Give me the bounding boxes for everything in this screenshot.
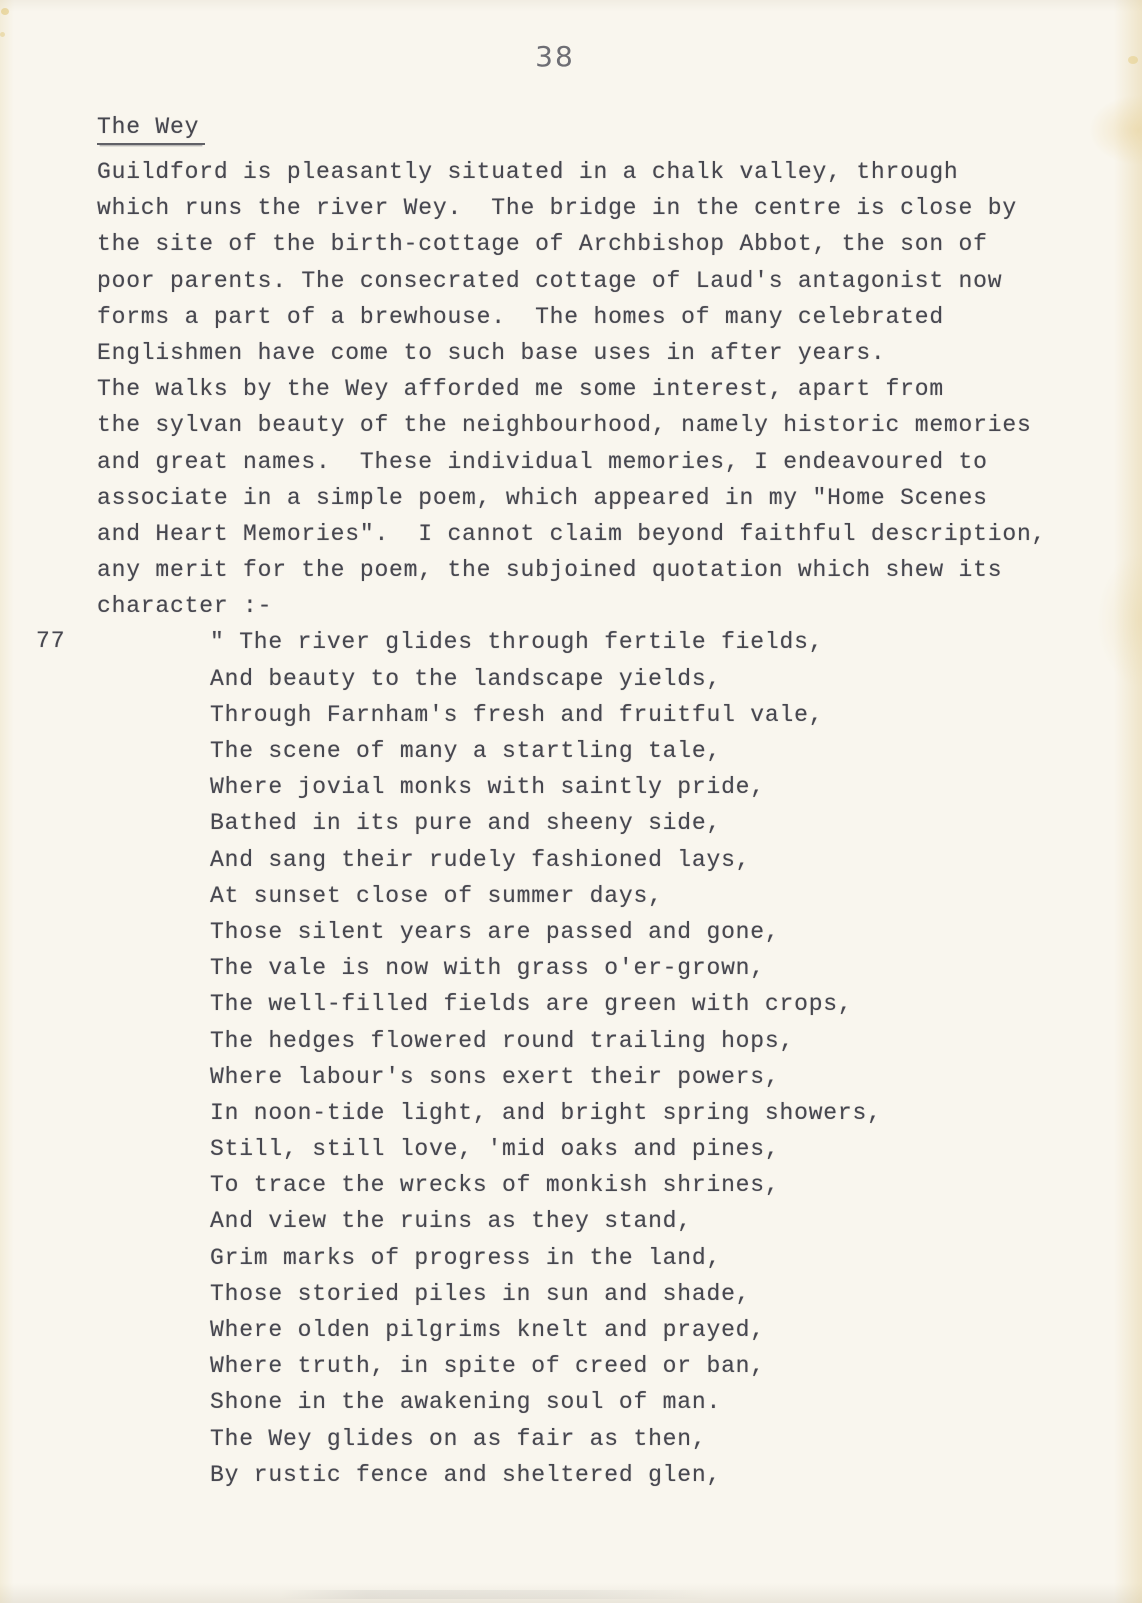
text-line: The walks by the Wey afforded me some in…	[97, 371, 1077, 407]
poem-line: Bathed in its pure and sheeny side,	[210, 805, 1077, 841]
poem-line: Where truth, in spite of creed or ban,	[210, 1348, 1077, 1384]
paragraph-1: Guildford is pleasantly situated in a ch…	[97, 154, 1077, 371]
text-line: the sylvan beauty of the neighbourhood, …	[97, 407, 1077, 443]
scanned-document-page: 38 77 The Wey Guildford is pleasantly si…	[0, 0, 1142, 1603]
poem-line: To trace the wrecks of monkish shrines,	[210, 1167, 1077, 1203]
poem-line: In noon-tide light, and bright spring sh…	[210, 1095, 1077, 1131]
text-line: associate in a simple poem, which appear…	[97, 480, 1077, 516]
text-line: which runs the river Wey. The bridge in …	[97, 190, 1077, 226]
poem-line: By rustic fence and sheltered glen,	[210, 1457, 1077, 1493]
scan-artifact	[1128, 56, 1138, 64]
text-line: and great names. These individual memori…	[97, 444, 1077, 480]
text-line: Englishmen have come to such base uses i…	[97, 335, 1077, 371]
margin-note: 77	[36, 628, 66, 654]
poem-line: Still, still love, 'mid oaks and pines,	[210, 1131, 1077, 1167]
poem-line: The hedges flowered round trailing hops,	[210, 1023, 1077, 1059]
poem-line: " The river glides through fertile field…	[210, 624, 1077, 660]
poem-line: At sunset close of summer days,	[210, 878, 1077, 914]
poem-line: The scene of many a startling tale,	[210, 733, 1077, 769]
scan-artifact	[1, 8, 9, 15]
paragraph-2: The walks by the Wey afforded me some in…	[97, 371, 1077, 624]
text-line: Guildford is pleasantly situated in a ch…	[97, 154, 1077, 190]
poem-line: Where labour's sons exert their powers,	[210, 1059, 1077, 1095]
poem-line: Shone in the awakening soul of man.	[210, 1384, 1077, 1420]
text-line: any merit for the poem, the subjoined qu…	[97, 552, 1077, 588]
text-line: forms a part of a brewhouse. The homes o…	[97, 299, 1077, 335]
text-line: character :-	[97, 588, 1077, 624]
poem-line: Where jovial monks with saintly pride,	[210, 769, 1077, 805]
poem-line: Those storied piles in sun and shade,	[210, 1276, 1077, 1312]
page-content: The Wey Guildford is pleasantly situated…	[97, 114, 1077, 1493]
page-number: 38	[500, 40, 610, 73]
poem-line: And beauty to the landscape yields,	[210, 661, 1077, 697]
poem-line: Grim marks of progress in the land,	[210, 1240, 1077, 1276]
heading-row: The Wey	[97, 114, 1077, 154]
poem-line: Those silent years are passed and gone,	[210, 914, 1077, 950]
poem-line: The Wey glides on as fair as then,	[210, 1421, 1077, 1457]
poem-block: " The river glides through fertile field…	[97, 624, 1077, 1493]
text-line: and Heart Memories". I cannot claim beyo…	[97, 516, 1077, 552]
poem-line: The well-filled fields are green with cr…	[210, 986, 1077, 1022]
poem-line: The vale is now with grass o'er-grown,	[210, 950, 1077, 986]
poem-line: And view the ruins as they stand,	[210, 1203, 1077, 1239]
poem-line: And sang their rudely fashioned lays,	[210, 842, 1077, 878]
poem-line: Through Farnham's fresh and fruitful val…	[210, 697, 1077, 733]
section-heading: The Wey	[97, 114, 205, 145]
scan-artifact	[0, 32, 5, 37]
text-line: poor parents. The consecrated cottage of…	[97, 263, 1077, 299]
poem-line: Where olden pilgrims knelt and prayed,	[210, 1312, 1077, 1348]
text-line: the site of the birth-cottage of Archbis…	[97, 226, 1077, 262]
scan-artifact	[280, 1590, 710, 1599]
